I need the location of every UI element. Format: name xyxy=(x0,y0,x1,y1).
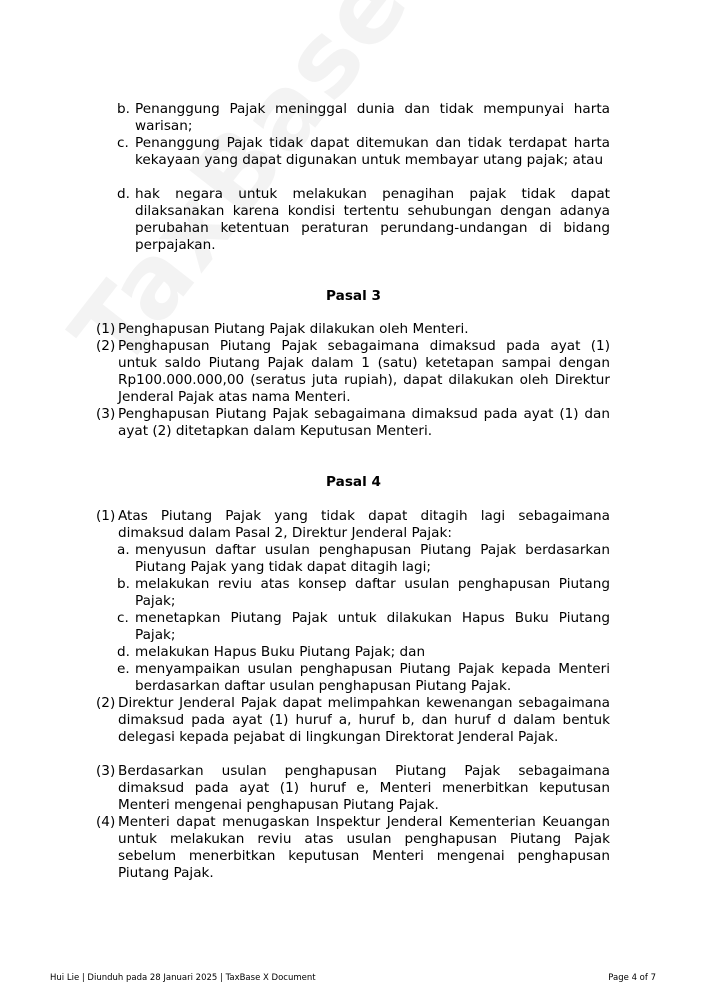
ayat-label: (4) xyxy=(96,814,115,831)
list-item: d. hak negara untuk melakukan penagihan … xyxy=(117,186,610,254)
list-item: b. Penanggung Pajak meninggal dunia dan … xyxy=(117,101,610,135)
ayat-label: (3) xyxy=(96,406,115,423)
ayat-item: (3) Penghapusan Piutang Pajak sebagaiman… xyxy=(96,406,610,440)
ayat-label: (2) xyxy=(96,695,115,712)
list-text: menetapkan Piutang Pajak untuk dilakukan… xyxy=(135,610,610,644)
list-text: menyusun daftar usulan penghapusan Piuta… xyxy=(135,542,610,576)
list-item: e. menyampaikan usulan penghapusan Piuta… xyxy=(117,661,610,695)
page-number: Page 4 of 7 xyxy=(608,973,656,983)
ayat-text: Menteri dapat menugaskan Inspektur Jende… xyxy=(118,814,610,882)
list-label: b. xyxy=(117,576,130,593)
list-text: melakukan reviu atas konsep daftar usula… xyxy=(135,576,610,610)
list-label: e. xyxy=(117,661,130,678)
list-label: b. xyxy=(117,101,130,118)
list-text: Penanggung Pajak meninggal dunia dan tid… xyxy=(135,101,610,135)
list-text: hak negara untuk melakukan penagihan paj… xyxy=(135,186,610,254)
ayat-label: (2) xyxy=(96,338,115,355)
list-item: c. Penanggung Pajak tidak dapat ditemuka… xyxy=(117,135,610,169)
list-label: c. xyxy=(117,610,129,627)
ayat-text: Penghapusan Piutang Pajak sebagaimana di… xyxy=(118,338,610,406)
ayat-item: (1) Penghapusan Piutang Pajak dilakukan … xyxy=(96,321,610,338)
ayat-item: (1) Atas Piutang Pajak yang tidak dapat … xyxy=(96,508,610,542)
list-item: d. melakukan Hapus Buku Piutang Pajak; d… xyxy=(117,644,610,661)
ayat-text: Penghapusan Piutang Pajak dilakukan oleh… xyxy=(118,321,610,338)
list-text: menyampaikan usulan penghapusan Piutang … xyxy=(135,661,610,695)
list-text: Penanggung Pajak tidak dapat ditemukan d… xyxy=(135,135,610,169)
list-text: melakukan Hapus Buku Piutang Pajak; dan xyxy=(135,644,610,661)
list-item: b. melakukan reviu atas konsep daftar us… xyxy=(117,576,610,610)
pasal-3-heading: Pasal 3 xyxy=(0,288,707,304)
ayat-item: (3) Berdasarkan usulan penghapusan Piuta… xyxy=(96,763,610,814)
ayat-label: (1) xyxy=(96,508,115,525)
list-label: d. xyxy=(117,186,130,203)
ayat-label: (1) xyxy=(96,321,115,338)
ayat-label: (3) xyxy=(96,763,115,780)
ayat-item: (4) Menteri dapat menugaskan Inspektur J… xyxy=(96,814,610,882)
footer-info: Hui Lie | Diunduh pada 28 Januari 2025 |… xyxy=(50,973,316,983)
list-label: c. xyxy=(117,135,129,152)
list-item: a. menyusun daftar usulan penghapusan Pi… xyxy=(117,542,610,576)
list-label: a. xyxy=(117,542,130,559)
list-item: c. menetapkan Piutang Pajak untuk dilaku… xyxy=(117,610,610,644)
pasal-4-heading: Pasal 4 xyxy=(0,474,707,490)
ayat-text: Direktur Jenderal Pajak dapat melimpahka… xyxy=(118,695,610,746)
ayat-text: Berdasarkan usulan penghapusan Piutang P… xyxy=(118,763,610,814)
ayat-text: Penghapusan Piutang Pajak sebagaimana di… xyxy=(118,406,610,440)
list-label: d. xyxy=(117,644,130,661)
ayat-item: (2) Penghapusan Piutang Pajak sebagaiman… xyxy=(96,338,610,406)
ayat-text: Atas Piutang Pajak yang tidak dapat dita… xyxy=(118,508,610,542)
ayat-item: (2) Direktur Jenderal Pajak dapat melimp… xyxy=(96,695,610,746)
